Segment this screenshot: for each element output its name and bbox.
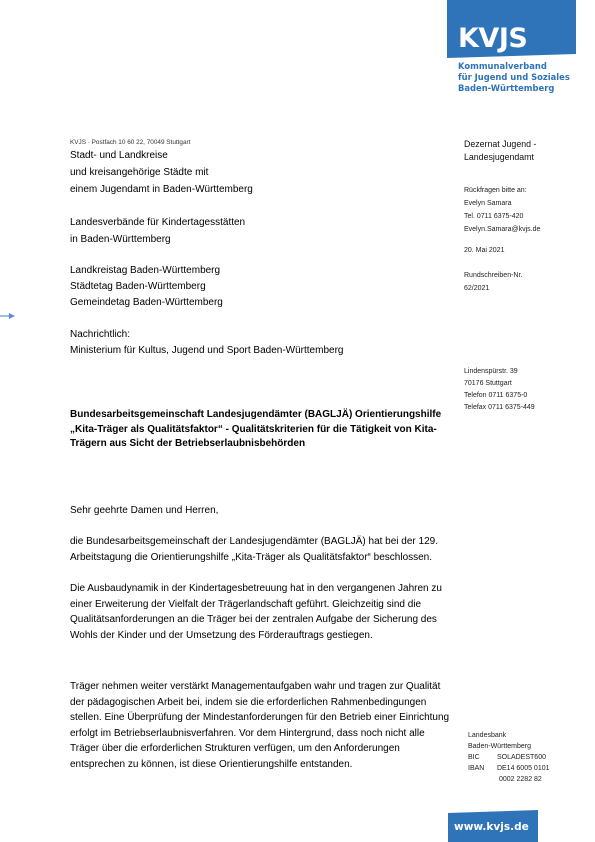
- contact-email[interactable]: Evelyn.Samara@kvjs.de: [464, 224, 540, 235]
- salutation: Sehr geehrte Damen und Herren,: [70, 503, 450, 519]
- bank-iban: IBAN DE14 6005 0101: [468, 763, 550, 774]
- contact-name: Evelyn Samara: [464, 198, 511, 209]
- address-line: 70176 Stuttgart: [464, 378, 512, 389]
- body-paragraph: Träger nehmen weiter verstärkt Managemen…: [70, 679, 450, 772]
- recipient-line: Landesverbände für Kindertagesstätten: [70, 215, 245, 230]
- recipient-line: Nachrichtlich:: [70, 327, 130, 342]
- arrow-right-icon: [0, 307, 16, 315]
- department-line: Landesjugendamt: [464, 151, 534, 164]
- bic-value: SOLADEST600: [497, 754, 546, 761]
- body-paragraph: die Bundesarbeitsgemeinschaft der Landes…: [70, 534, 450, 565]
- iban-value: DE14 6005 0101: [497, 765, 550, 772]
- org-name-line: Baden-Württemberg: [458, 83, 554, 94]
- logo-text: KVJS: [458, 23, 527, 54]
- recipient-line: und kreisangehörige Städte mit: [70, 165, 208, 180]
- contact-label: Rückfragen bitte an:: [464, 185, 527, 196]
- address-line: Telefax 0711 6375-449: [464, 402, 535, 413]
- recipient-line: einem Jugendamt in Baden-Württemberg: [70, 182, 253, 197]
- circular-number: 62/2021: [464, 283, 489, 294]
- org-name-line: Kommunalverband: [458, 61, 547, 72]
- website-link[interactable]: www.kvjs.de: [454, 821, 529, 833]
- recipient-line: Ministerium für Kultus, Jugend und Sport…: [70, 343, 343, 358]
- recipient-line: Landkreistag Baden-Württemberg: [70, 263, 220, 278]
- bank-name: Landesbank: [468, 730, 506, 741]
- bic-label: BIC: [468, 752, 495, 763]
- subject-heading: Bundesarbeitsgemeinschaft Landesjugendäm…: [70, 408, 450, 452]
- iban-label: IBAN: [468, 763, 495, 774]
- bank-bic: BIC SOLADEST600: [468, 752, 546, 763]
- letter-date: 20. Mai 2021: [464, 245, 504, 256]
- contact-phone: Tel. 0711 6375-420: [464, 211, 523, 222]
- recipient-line: Gemeindetag Baden-Württemberg: [70, 295, 223, 310]
- recipient-line: Städtetag Baden-Württemberg: [70, 279, 206, 294]
- address-line: Telefon 0711 6375-0: [464, 390, 527, 401]
- circular-label: Rundschreiben-Nr.: [464, 270, 522, 281]
- sender-line: KVJS · Postfach 10 60 22, 70049 Stuttgar…: [70, 139, 190, 146]
- body-paragraph: Die Ausbaudynamik in der Kindertagesbetr…: [70, 581, 450, 643]
- recipient-line: in Baden-Württemberg: [70, 232, 171, 247]
- recipient-line: Stadt- und Landkreise: [70, 148, 168, 163]
- department-line: Dezernat Jugend -: [464, 138, 536, 151]
- org-name-line: für Jugend und Soziales: [458, 72, 570, 83]
- iban-value-cont: 0002 2282 82: [499, 774, 542, 785]
- address-line: Lindenspürstr. 39: [464, 366, 518, 377]
- bank-name: Baden-Württemberg: [468, 741, 531, 752]
